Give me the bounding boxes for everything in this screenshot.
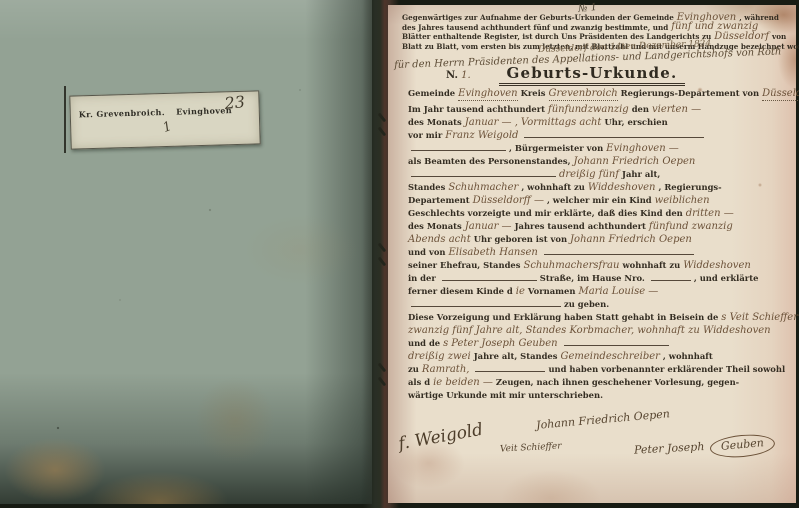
binding-stitch bbox=[378, 363, 387, 373]
document-line: Abends achtUhr geboren ist vonJohann Fri… bbox=[408, 233, 788, 246]
printed-text: von bbox=[772, 32, 786, 41]
document-line: zu geben. bbox=[408, 298, 788, 311]
signature-witness-geuben-given: Peter Joseph bbox=[634, 440, 705, 457]
archive-label-sticker: Kr. Grevenbroich. Evinghoven 23 1 bbox=[69, 90, 260, 149]
handwritten-text: Franz Weigold bbox=[445, 130, 518, 141]
blank-rule bbox=[544, 246, 694, 255]
handwritten-text: Januar — , bbox=[465, 117, 518, 128]
printed-text: Departement bbox=[408, 195, 470, 205]
printed-text: Straße, im Hause Nro. bbox=[540, 273, 645, 283]
title-row: N. 1. Geburts-Urkunde. bbox=[388, 63, 796, 85]
blank-rule bbox=[411, 298, 561, 307]
document-line: Geschlechts vorzeigte und mir erklärte, … bbox=[408, 207, 788, 220]
printed-text: wohnhaft zu bbox=[622, 260, 680, 270]
archive-label-text: Kr. Grevenbroich. Evinghoven bbox=[79, 105, 232, 119]
handwritten-text: s Veit Schieffer bbox=[721, 312, 798, 323]
printed-text: und haben vorbenannter erklärender Theil… bbox=[548, 364, 785, 374]
handwritten-text: Düsseldorff bbox=[762, 88, 799, 101]
certificate-body: GemeindeEvinghovenKreisGrevenbroichRegie… bbox=[408, 87, 788, 402]
signature-mayor: f. Weigold bbox=[397, 420, 485, 455]
handwritten-text: Grevenbroich bbox=[549, 88, 618, 101]
document-line: , Bürgermeister vonEvinghoven — bbox=[408, 142, 788, 155]
blank-rule bbox=[442, 272, 537, 281]
document-line: zuRamrath,und haben vorbenannter erkläre… bbox=[408, 363, 788, 376]
handwritten-text: Januar — bbox=[465, 221, 512, 232]
printed-text: Vornamen bbox=[528, 286, 576, 296]
printed-text: den bbox=[632, 104, 649, 114]
birth-certificate-page: № 1 Gegenwärtiges zur Aufnahme der Gebur… bbox=[388, 5, 796, 503]
handwritten-text: Düsseldorff — bbox=[473, 195, 544, 206]
document-line: des MonatsJanuar — ,Vormittags achtUhr, … bbox=[408, 116, 788, 129]
document-line: als die beiden —Zeugen, nach ihnen gesch… bbox=[408, 376, 788, 389]
signature-witness-schieffer: Veit Schieffer bbox=[500, 441, 562, 454]
document-line: StandesSchuhmacher, wohnhaft zuWiddeshov… bbox=[408, 181, 788, 194]
printed-text: Gegenwärtiges zur Aufnahme der Geburts-U… bbox=[402, 13, 674, 22]
handwritten-text: dreißig fünf bbox=[559, 169, 619, 180]
document-line: des MonatsJanuar —Jahres tausend achthun… bbox=[408, 220, 788, 233]
blank-rule bbox=[475, 363, 545, 372]
handwritten-text: ie bbox=[516, 286, 525, 297]
document-line: dreißig fünfJahr alt, bbox=[408, 168, 788, 181]
document-line: und vonElisabeth Hansen bbox=[408, 246, 788, 259]
printed-text: wärtige Urkunde mit mir unterschrieben. bbox=[408, 390, 603, 400]
handwritten-text: Gemeindeschreiber bbox=[560, 351, 659, 362]
printed-text: Geschlechts vorzeigte und mir erklärte, … bbox=[408, 208, 683, 218]
printed-text: als d bbox=[408, 377, 430, 387]
document-line: Diese Vorzeigung und Erklärung haben Sta… bbox=[408, 311, 788, 324]
photo-of-register-book: { "palette": { "photo_bg": "#171b13", "l… bbox=[0, 0, 799, 508]
printed-text: des Monats bbox=[408, 221, 462, 231]
printed-text: , wohnhaft zu bbox=[521, 182, 585, 192]
certificate-content: № 1 Gegenwärtiges zur Aufnahme der Gebur… bbox=[388, 5, 796, 503]
printed-text: Zeugen, nach ihnen geschehener Vorlesung… bbox=[496, 377, 739, 387]
blank-rule bbox=[411, 168, 556, 177]
binding-stitch bbox=[378, 243, 387, 253]
handwritten-text: Widdeshoven bbox=[683, 260, 751, 271]
printed-text: als Beamten des Personenstandes, bbox=[408, 156, 571, 166]
handwritten-text: Widdeshoven bbox=[588, 182, 656, 193]
printed-text: des Jahres tausend achthundert fünf und … bbox=[402, 23, 668, 32]
handwritten-text: Evinghoven bbox=[458, 88, 517, 101]
handwritten-text: Evinghoven — bbox=[606, 143, 679, 154]
printed-text: Diese Vorzeigung und Erklärung haben Sta… bbox=[408, 312, 718, 322]
document-line: vor mirFranz Weigold bbox=[408, 129, 788, 142]
handwritten-text: Schuhmachersfrau bbox=[523, 260, 619, 271]
signature-witness-geuben-family: Geuben bbox=[709, 432, 776, 460]
document-line: DepartementDüsseldorff —, welcher mir ei… bbox=[408, 194, 788, 207]
printed-text: , Regierungs- bbox=[659, 182, 722, 192]
handwritten-text: Abends acht bbox=[408, 234, 471, 245]
printed-text: Uhr geboren ist von bbox=[474, 234, 567, 244]
handwritten-text: Peter Joseph Geuben bbox=[451, 338, 557, 349]
printed-text: vor mir bbox=[408, 130, 442, 140]
printed-text: , Bürgermeister von bbox=[509, 143, 603, 153]
document-line: seiner Ehefrau, StandesSchuhmachersfrauw… bbox=[408, 259, 788, 272]
binding-stitch bbox=[378, 377, 387, 387]
handwritten-text: Maria Louise — bbox=[578, 286, 658, 297]
document-number: N. 1. bbox=[446, 70, 471, 81]
document-line: und desPeter Joseph Geuben bbox=[408, 337, 788, 350]
left-blank-page: Kr. Grevenbroich. Evinghoven 23 1 bbox=[0, 0, 372, 504]
handwritten-text: Elisabeth Hansen bbox=[449, 247, 538, 258]
document-line: zwanzig fünf Jahre alt, Standes Korbmach… bbox=[408, 324, 788, 337]
printed-text: Jahr alt, bbox=[622, 169, 660, 179]
handwritten-text: Johann Friedrich Oepen bbox=[570, 234, 692, 245]
printed-text: des Monats bbox=[408, 117, 462, 127]
printed-text: Gemeinde bbox=[408, 88, 455, 98]
binding-stitch bbox=[378, 257, 387, 267]
printed-text: , welcher mir ein Kind bbox=[547, 195, 652, 205]
archive-label-entry-number: 1 bbox=[161, 119, 174, 136]
printed-text: und von bbox=[408, 247, 446, 257]
signature-declarant: Johann Friedrich Oepen bbox=[536, 407, 671, 432]
printed-text: Jahre alt, Standes bbox=[474, 351, 558, 361]
blank-rule bbox=[651, 272, 691, 281]
binding-stitch bbox=[378, 113, 387, 123]
handwritten-text: Schuhmacher bbox=[448, 182, 518, 193]
document-line: in derStraße, im Hause Nro., und erklärt… bbox=[408, 272, 788, 285]
handwritten-text: Ramrath, bbox=[422, 364, 470, 375]
handwritten-text: fünfund zwanzig bbox=[649, 221, 733, 232]
printed-text: Regierungs-Departement von bbox=[621, 88, 759, 98]
blank-rule bbox=[564, 337, 669, 346]
handwritten-text: zwanzig fünf Jahre alt, Standes Korbmach… bbox=[408, 325, 771, 336]
archive-label-district: Kr. Grevenbroich. bbox=[79, 107, 165, 119]
document-line: als Beamten des Personenstandes,Johann F… bbox=[408, 155, 788, 168]
archive-label-place: Evinghoven bbox=[176, 105, 232, 117]
handwritten-text: fünfundzwanzig bbox=[548, 104, 629, 115]
printed-text: in der bbox=[408, 273, 436, 283]
binding-stitch bbox=[378, 127, 387, 137]
document-number-label: N. bbox=[446, 70, 458, 81]
blank-rule bbox=[524, 129, 704, 138]
document-line: Im Jahr tausend achthundertfünfundzwanzi… bbox=[408, 103, 788, 116]
document-line: wärtige Urkunde mit mir unterschrieben. bbox=[408, 389, 788, 402]
handwritten-text: Vormittags acht bbox=[521, 117, 602, 128]
signature-witness-geuben: Peter Joseph Geuben bbox=[634, 433, 776, 462]
handwritten-text: dritten — bbox=[686, 208, 734, 219]
printed-text: Kreis bbox=[521, 88, 546, 98]
archive-label-number: 23 bbox=[223, 92, 245, 113]
printed-text: Standes bbox=[408, 182, 445, 192]
document-line: ferner diesem Kinde dieVornamenMaria Lou… bbox=[408, 285, 788, 298]
printed-text: Jahres tausend achthundert bbox=[515, 221, 646, 231]
printed-text: , und erklärte bbox=[694, 273, 759, 283]
handwritten-text: weiblichen bbox=[655, 195, 710, 206]
certificate-title: Geburts-Urkunde. bbox=[499, 64, 686, 86]
handwritten-text: s bbox=[443, 338, 448, 349]
document-line: GemeindeEvinghovenKreisGrevenbroichRegie… bbox=[408, 87, 788, 100]
printed-text: ferner diesem Kinde d bbox=[408, 286, 513, 296]
document-number-value: 1. bbox=[461, 70, 471, 81]
printed-text: und de bbox=[408, 338, 440, 348]
document-line: Blätter enthaltende Register, ist durch … bbox=[402, 32, 790, 42]
printed-text: Uhr, erschien bbox=[604, 117, 667, 127]
printed-text: zu geben. bbox=[564, 299, 609, 309]
handwritten-text: Johann Friedrich Oepen bbox=[574, 156, 696, 167]
handwritten-text: vierten — bbox=[652, 104, 701, 115]
document-line: dreißig zweiJahre alt, StandesGemeindesc… bbox=[408, 350, 788, 363]
printed-text: zu bbox=[408, 364, 419, 374]
label-margin-rule bbox=[64, 86, 66, 153]
handwritten-text: dreißig zwei bbox=[408, 351, 471, 362]
printed-text: , wohnhaft bbox=[663, 351, 713, 361]
printed-text: seiner Ehefrau, Standes bbox=[408, 260, 520, 270]
blank-rule bbox=[411, 142, 506, 151]
handwritten-text: ie beiden — bbox=[433, 377, 493, 388]
handwritten-text: Düsseldorf bbox=[714, 31, 769, 42]
printed-text: Im Jahr tausend achthundert bbox=[408, 104, 545, 114]
